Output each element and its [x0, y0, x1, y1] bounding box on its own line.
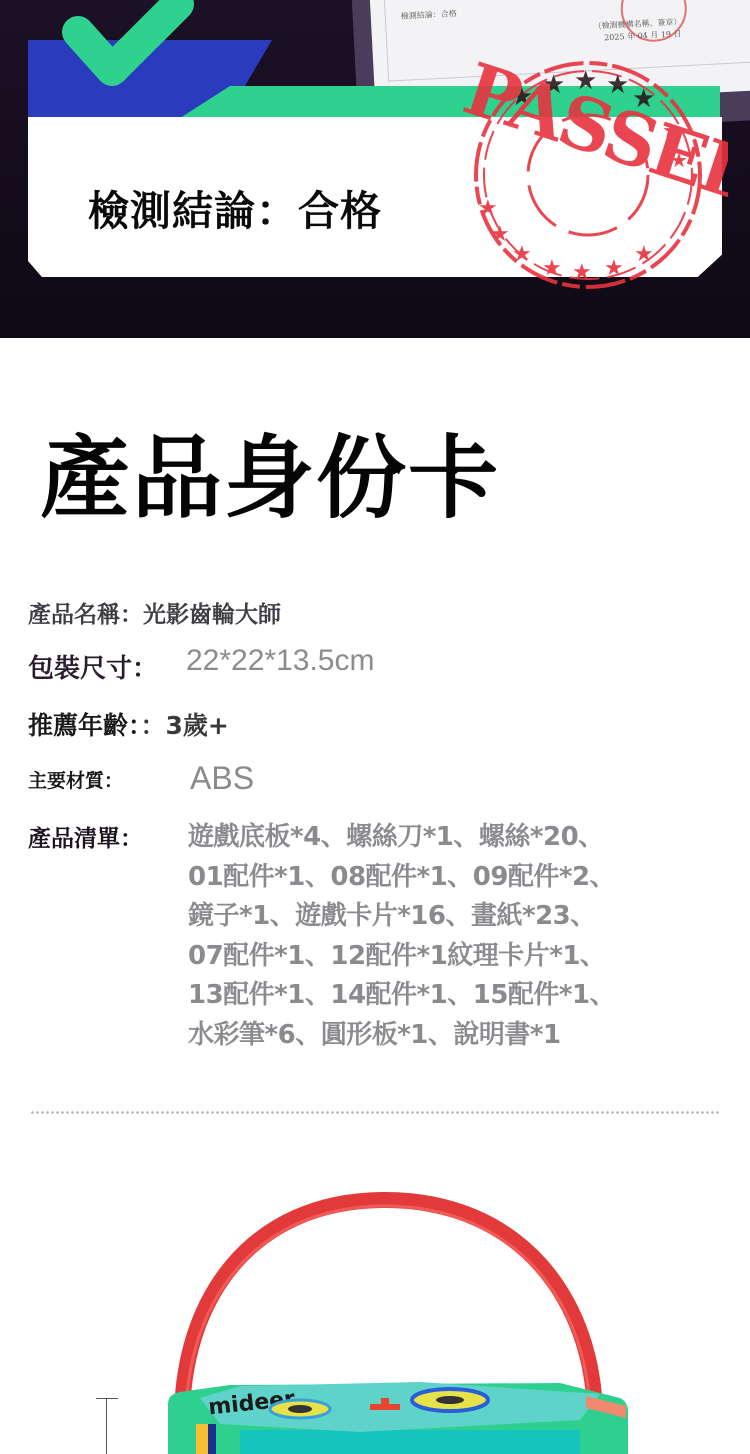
contents-line: 遊戲底板*4、螺絲刀*1、螺絲*20、 [188, 818, 615, 858]
spec-label: 產品名稱： [28, 602, 143, 628]
spec-value: 22*22*13.5cm [186, 644, 374, 678]
contents-line: 13配件*1、14配件*1、15配件*1、 [188, 976, 615, 1016]
spec-value: ：3歲+ [141, 711, 229, 740]
contents-line: 07配件*1、12配件*1紋理卡片*1、 [188, 937, 615, 977]
spec-product-name: 產品名稱：光影齒輪大師 [28, 596, 281, 629]
test-result-banner: 檢測結論：合格 （檢測機構名稱、簽章） 2025 年 04 月 19 日 檢測結… [0, 0, 750, 338]
conclusion-text: 檢測結論：合格 [88, 178, 382, 237]
svg-text:★: ★ [572, 260, 592, 285]
spec-label: 包裝尺寸： [28, 654, 158, 684]
spec-contents: 產品清單： [28, 820, 143, 853]
spec-package-size: 包裝尺寸： 22*22*13.5cm [28, 648, 158, 685]
checkmark-icon [50, 0, 200, 100]
contents-line: 水彩筆*6、圓形板*1、說明書*1 [188, 1016, 615, 1056]
spec-recommended-age: 推薦年齡：：3歲+ [28, 706, 229, 742]
spec-label: 產品清單： [28, 826, 143, 852]
spec-label: 主要材質： [28, 770, 123, 792]
spec-material: 主要材質： ABS [28, 766, 123, 793]
contents-list: 遊戲底板*4、螺絲刀*1、螺絲*20、 01配件*1、08配件*1、09配件*2… [188, 818, 615, 1055]
svg-text:★: ★ [490, 222, 510, 247]
dotted-divider [30, 1111, 720, 1114]
svg-text:★: ★ [478, 196, 498, 221]
svg-text:★: ★ [512, 242, 532, 267]
contents-line: 01配件*1、08配件*1、09配件*2、 [188, 858, 615, 898]
contents-line: 鏡子*1、遊戲卡片*16、畫紙*23、 [188, 897, 615, 937]
product-image: mideer [0, 1180, 750, 1454]
spec-label: 推薦年齡： [28, 711, 141, 740]
passed-stamp-icon: ★ ★ ★ ★ ★ ★ ★ ★ ★ ★ ★ ★ ★ ★ PASSED [438, 55, 728, 295]
svg-text:★: ★ [634, 242, 654, 267]
spec-value: 光影齒輪大師 [143, 602, 281, 628]
spec-value: ABS [190, 760, 254, 797]
product-card-title: 產品身份卡 [40, 432, 500, 527]
svg-text:★: ★ [542, 256, 562, 281]
svg-text:★: ★ [604, 256, 624, 281]
